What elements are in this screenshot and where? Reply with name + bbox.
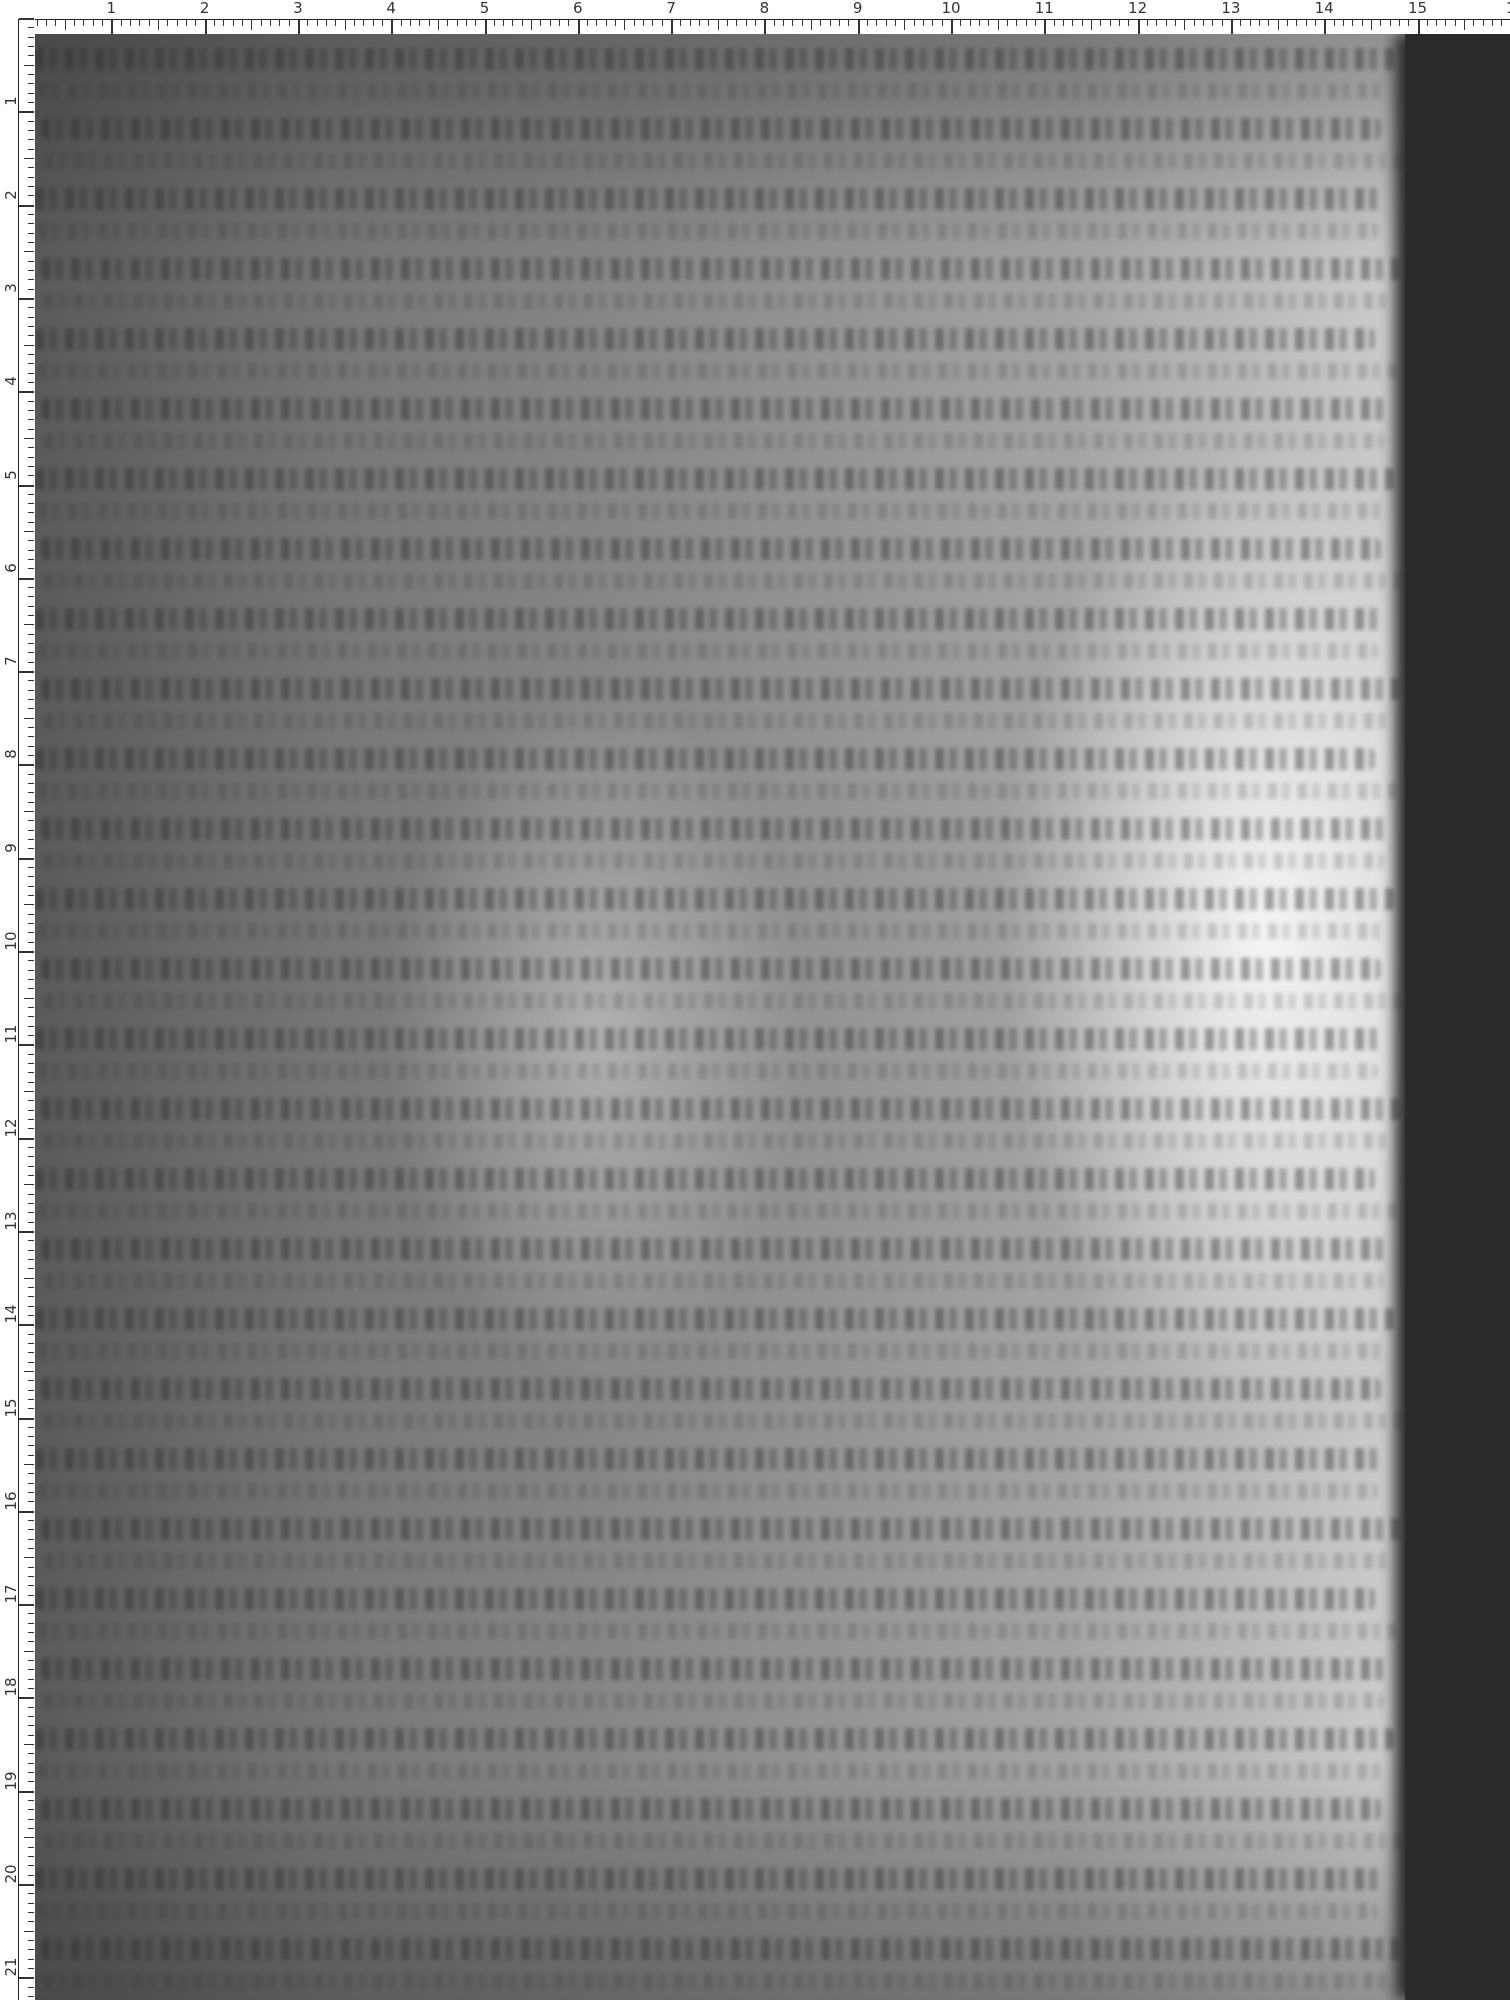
ruler-tick [28, 690, 34, 691]
ruler-tick [699, 20, 700, 26]
ruler-tick [28, 1847, 34, 1848]
ruler-tick [19, 205, 34, 207]
ruler-tick [914, 20, 915, 26]
ruler-tick [774, 20, 775, 26]
ruler-left-label: 2 [3, 183, 19, 207]
ruler-tick [28, 1175, 34, 1176]
ruler-tick [28, 1222, 34, 1223]
ruler-top-label: 14 [1315, 0, 1334, 16]
ruler-tick [28, 1763, 34, 1764]
ruler-tick [1371, 20, 1372, 30]
ruler-tick [130, 20, 131, 26]
ruler-tick [19, 1231, 34, 1233]
ruler-tick [214, 20, 215, 26]
ruler-tick [587, 20, 588, 26]
ruler-tick [28, 261, 34, 262]
ruler-tick [1212, 20, 1213, 26]
ruler-tick [28, 1968, 34, 1969]
ruler-tick [24, 1837, 34, 1838]
ruler-tick [28, 410, 34, 411]
ruler-tick [28, 1203, 34, 1204]
ruler-tick [960, 20, 961, 26]
ruler-tick [447, 20, 448, 26]
ruler-tick [1231, 20, 1233, 35]
ruler-tick [28, 223, 34, 224]
ruler-tick [858, 20, 860, 35]
ruler-tick [19, 1511, 34, 1513]
ruler-tick [28, 317, 34, 318]
ruler-tick [28, 1585, 34, 1586]
ruler-left-label: 8 [3, 742, 19, 766]
ruler-tick [335, 20, 336, 26]
ruler-left-label: 5 [3, 463, 19, 487]
ruler-tick [28, 923, 34, 924]
ruler-tick [895, 20, 896, 26]
manuscript-scan-image [35, 34, 1510, 2000]
ruler-tick [28, 708, 34, 709]
ruler-tick [28, 568, 34, 569]
ruler-tick [503, 20, 504, 26]
ruler-tick [326, 20, 327, 26]
ruler-tick [24, 531, 34, 532]
ruler-tick [28, 1819, 34, 1820]
ruler-tick [475, 20, 476, 26]
ruler-tick [373, 20, 374, 26]
scan-border-strip [1405, 34, 1510, 2000]
ruler-tick [1436, 20, 1437, 26]
ruler-tick [391, 20, 393, 35]
ruler-tick [28, 121, 34, 122]
ruler-tick [19, 764, 34, 766]
ruler-tick [19, 951, 34, 953]
ruler-left-label: 3 [3, 276, 19, 300]
ruler-tick [28, 279, 34, 280]
ruler-tick [28, 1996, 34, 1997]
ruler-tick [28, 1110, 34, 1111]
ruler-tick [28, 1828, 34, 1829]
ruler-left-label: 17 [3, 1582, 19, 1606]
ruler-tick [28, 587, 34, 588]
ruler-tick [298, 20, 300, 35]
ruler-tick [261, 20, 262, 26]
ruler-tick [1119, 20, 1120, 26]
ruler-tick [28, 1343, 34, 1344]
ruler-tick [102, 20, 103, 26]
ruler-tick [1016, 20, 1017, 26]
ruler-tick [19, 671, 34, 673]
ruler-tick [28, 1408, 34, 1409]
ruler-tick [1501, 20, 1502, 26]
ruler-tick [494, 20, 495, 26]
ruler-tick [28, 242, 34, 243]
ruler-tick [1408, 20, 1409, 26]
ruler-tick [28, 1567, 34, 1568]
ruler-tick [624, 20, 625, 30]
ruler-tick [28, 1119, 34, 1120]
ruler-tick [1445, 20, 1446, 26]
ruler-tick [19, 1977, 34, 1979]
ruler-tick [65, 20, 66, 30]
ruler-tick [24, 438, 34, 439]
ruler-tick [1203, 20, 1204, 26]
ruler-top-label: 7 [666, 0, 676, 16]
ruler-tick [904, 20, 905, 30]
ruler-tick [28, 1716, 34, 1717]
ruler-tick [28, 37, 34, 38]
ruler-top-label: 11 [1035, 0, 1054, 16]
ruler-tick [19, 1791, 34, 1793]
ruler-top-label: 2 [200, 0, 210, 16]
ruler-tick [28, 596, 34, 597]
ruler-tick [289, 20, 290, 26]
ruler-tick [28, 839, 34, 840]
ruler-tick [1026, 20, 1027, 26]
ruler-left-label: 10 [3, 929, 19, 953]
ruler-tick [24, 904, 34, 905]
ruler-tick [28, 680, 34, 681]
ruler-tick [923, 20, 924, 26]
ruler-tick [680, 20, 681, 26]
ruler-top-label: 4 [386, 0, 396, 16]
ruler-tick [1352, 20, 1353, 26]
ruler-tick [28, 755, 34, 756]
ruler-tick [28, 401, 34, 402]
ruler-tick [531, 20, 532, 30]
ruler-tick [1399, 20, 1400, 26]
ruler-tick [167, 20, 168, 26]
ruler-tick [28, 1893, 34, 1894]
ruler-tick [24, 158, 34, 159]
ruler-tick [24, 1744, 34, 1745]
ruler-tick [28, 1921, 34, 1922]
ruler-tick [802, 20, 803, 26]
ruler-tick [24, 1931, 34, 1932]
ruler-tick [28, 895, 34, 896]
ruler-tick [28, 1334, 34, 1335]
ruler-tick [74, 20, 75, 26]
ruler-top-label: 13 [1221, 0, 1240, 16]
ruler-tick [28, 1100, 34, 1101]
ruler-tick [28, 177, 34, 178]
ruler-tick [596, 20, 597, 26]
ruler-tick [848, 20, 849, 26]
ruler-tick [28, 1735, 34, 1736]
ruler-tick [28, 326, 34, 327]
ruler-tick [1082, 20, 1083, 26]
ruler-tick [512, 20, 513, 26]
ruler-top-label: 6 [573, 0, 583, 16]
ruler-tick [28, 1306, 34, 1307]
ruler-tick [28, 457, 34, 458]
ruler-tick [195, 20, 196, 26]
ruler-tick [28, 634, 34, 635]
ruler-tick [19, 1138, 34, 1140]
ruler-left: 123456789101112131415161718192021 [0, 0, 35, 2000]
ruler-tick [28, 1296, 34, 1297]
ruler-tick [158, 20, 159, 30]
ruler-tick [485, 20, 487, 35]
ruler-tick [28, 307, 34, 308]
ruler-tick [1268, 20, 1269, 26]
ruler-tick [19, 578, 34, 580]
ruler-tick [28, 503, 34, 504]
ruler-tick [1418, 20, 1420, 35]
ruler-tick [457, 20, 458, 26]
ruler-tick [28, 1595, 34, 1596]
ruler-tick [28, 550, 34, 551]
ruler-tick [410, 20, 411, 26]
ruler-tick [223, 20, 224, 26]
ruler-tick [111, 20, 113, 35]
ruler-tick [28, 615, 34, 616]
ruler-tick [1175, 20, 1176, 26]
ruler-tick [28, 1427, 34, 1428]
ruler-tick [28, 186, 34, 187]
ruler-tick [28, 1399, 34, 1400]
ruler-tick [19, 1324, 34, 1326]
ruler-tick [251, 20, 252, 30]
ruler-tick [46, 20, 47, 26]
ruler-tick [28, 494, 34, 495]
ruler-tick [28, 354, 34, 355]
ruler-tick [24, 1091, 34, 1092]
ruler-tick [28, 214, 34, 215]
ruler-tick [28, 960, 34, 961]
ruler-tick [28, 970, 34, 971]
ruler-left-label: 6 [3, 556, 19, 580]
ruler-tick [28, 195, 34, 196]
ruler-tick [1473, 20, 1474, 26]
ruler-tick [1380, 20, 1381, 26]
ruler-tick [37, 20, 38, 26]
ruler-tick [19, 1604, 34, 1606]
ruler-left-label: 7 [3, 649, 19, 673]
ruler-tick [28, 1529, 34, 1530]
ruler-tick [149, 20, 150, 26]
ruler-tick [19, 485, 34, 487]
ruler-top-label: 15 [1408, 0, 1427, 16]
ruler-top: 01234567891011121314151 [0, 0, 1510, 34]
ruler-tick [28, 1949, 34, 1950]
ruler-top-label: 5 [480, 0, 490, 16]
ruler-tick [1240, 20, 1241, 26]
ruler-tick [951, 20, 953, 35]
ruler-tick [783, 20, 784, 26]
ruler-tick [736, 20, 737, 26]
ruler-tick [28, 1707, 34, 1708]
ruler-tick [932, 20, 933, 26]
ruler-tick [578, 20, 580, 35]
ruler-tick [1072, 20, 1073, 26]
ruler-tick [28, 1669, 34, 1670]
ruler-tick [28, 1352, 34, 1353]
ruler-left-label: 11 [3, 1022, 19, 1046]
ruler-tick [28, 1156, 34, 1157]
ruler-tick [139, 20, 140, 26]
ruler-tick [28, 830, 34, 831]
ruler-tick [1343, 20, 1344, 26]
ruler-tick [28, 1166, 34, 1167]
ruler-tick [233, 20, 234, 26]
ruler-tick [28, 1268, 34, 1269]
ruler-tick [28, 979, 34, 980]
ruler-left-label: 4 [3, 369, 19, 393]
ruler-tick [643, 20, 644, 26]
ruler-tick [28, 1772, 34, 1773]
ruler-tick [540, 20, 541, 26]
ruler-tick [28, 1250, 34, 1251]
ruler-tick [28, 1940, 34, 1941]
ruler-tick [1296, 20, 1297, 26]
ruler-tick [28, 820, 34, 821]
ruler-tick [24, 1371, 34, 1372]
ruler-tick [186, 20, 187, 26]
ruler-tick [19, 1044, 34, 1046]
ruler-tick [28, 512, 34, 513]
ruler-tick [28, 167, 34, 168]
ruler-tick [93, 20, 94, 26]
ruler-tick [28, 727, 34, 728]
ruler-tick [1278, 20, 1279, 30]
ruler-tick [1362, 20, 1363, 26]
ruler-tick [690, 20, 691, 26]
ruler-tick [28, 1660, 34, 1661]
ruler-tick [419, 20, 420, 26]
ruler-tick [28, 736, 34, 737]
ruler-tick [28, 1072, 34, 1073]
ruler-tick [28, 792, 34, 793]
ruler-tick [28, 447, 34, 448]
ruler-tick [1044, 20, 1046, 35]
ruler-tick [28, 233, 34, 234]
ruler-tick [28, 540, 34, 541]
ruler-left-label: 15 [3, 1396, 19, 1420]
ruler-tick [19, 1418, 34, 1420]
ruler-tick [401, 20, 402, 26]
ruler-tick [28, 942, 34, 943]
ruler-tick [615, 20, 616, 26]
ruler-tick [28, 1959, 34, 1960]
ruler-tick [24, 345, 34, 346]
ruler-top-label: 9 [853, 0, 863, 16]
ruler-tick [19, 298, 34, 300]
ruler-tick [28, 270, 34, 271]
ruler-tick [363, 20, 364, 26]
ruler-tick [28, 1063, 34, 1064]
ruler-tick [1306, 20, 1307, 26]
ruler-tick [279, 20, 280, 26]
ruler-tick [28, 783, 34, 784]
ruler-tick [28, 130, 34, 131]
ruler-tick [28, 1455, 34, 1456]
ruler-tick [1184, 20, 1185, 30]
ruler-tick [718, 20, 719, 30]
ruler-tick [270, 20, 271, 26]
ruler-tick [28, 802, 34, 803]
ruler-tick [1287, 20, 1288, 26]
ruler-tick [876, 20, 877, 26]
ruler-tick [1334, 20, 1335, 26]
ruler-tick [559, 20, 560, 26]
ruler-tick [28, 429, 34, 430]
ruler-tick [28, 1362, 34, 1363]
ruler-tick [83, 20, 84, 26]
ruler-tick [568, 20, 569, 26]
ruler-tick [177, 20, 178, 26]
ruler-tick [1035, 20, 1036, 26]
ruler-tick [28, 335, 34, 336]
ruler-tick [19, 18, 34, 20]
ruler-tick [522, 20, 523, 26]
ruler-left-label: 16 [3, 1489, 19, 1513]
ruler-tick [307, 20, 308, 26]
ruler-tick [671, 20, 673, 35]
ruler-tick [28, 1679, 34, 1680]
ruler-tick [1091, 20, 1092, 30]
ruler-tick [28, 83, 34, 84]
ruler-left-label: 13 [3, 1209, 19, 1233]
ruler-tick [830, 20, 831, 26]
ruler-tick [28, 876, 34, 877]
ruler-tick [28, 559, 34, 560]
ruler-tick [1315, 20, 1316, 26]
ruler-tick [382, 20, 383, 26]
ruler-tick [24, 1464, 34, 1465]
ruler-tick [1110, 20, 1111, 26]
ruler-tick [28, 27, 34, 28]
ruler-tick [28, 1035, 34, 1036]
ruler-tick [28, 1016, 34, 1017]
scan-vignette [35, 34, 1510, 2000]
ruler-top-label: 1 [107, 0, 117, 16]
ruler-tick [746, 20, 747, 26]
ruler-tick [28, 1809, 34, 1810]
ruler-tick [28, 1688, 34, 1689]
ruler-tick [792, 20, 793, 26]
ruler-tick [970, 20, 971, 26]
ruler-tick [28, 1501, 34, 1502]
ruler-tick [354, 20, 355, 26]
ruler-tick [28, 149, 34, 150]
ruler-tick [1427, 20, 1428, 26]
ruler-left-label: 12 [3, 1116, 19, 1140]
ruler-tick [652, 20, 653, 26]
ruler-tick [1138, 20, 1140, 35]
ruler-left-baseline [18, 19, 19, 2000]
ruler-tick [28, 1753, 34, 1754]
ruler-tick [28, 1007, 34, 1008]
ruler-tick [24, 251, 34, 252]
ruler-tick [28, 1520, 34, 1521]
ruler-tick [811, 20, 812, 30]
ruler-tick [28, 932, 34, 933]
ruler-tick [1250, 20, 1251, 26]
ruler-left-label: 1 [3, 89, 19, 113]
ruler-tick [979, 20, 980, 26]
ruler-tick [28, 46, 34, 47]
ruler-tick [28, 774, 34, 775]
ruler-tick [28, 1856, 34, 1857]
ruler-tick [24, 811, 34, 812]
ruler-tick [28, 746, 34, 747]
ruler-tick [28, 699, 34, 700]
ruler-top-label: 12 [1128, 0, 1147, 16]
ruler-tick [28, 102, 34, 103]
ruler-tick [28, 1623, 34, 1624]
ruler-tick [28, 1240, 34, 1241]
ruler-top-label: 10 [941, 0, 960, 16]
ruler-tick [429, 20, 430, 26]
